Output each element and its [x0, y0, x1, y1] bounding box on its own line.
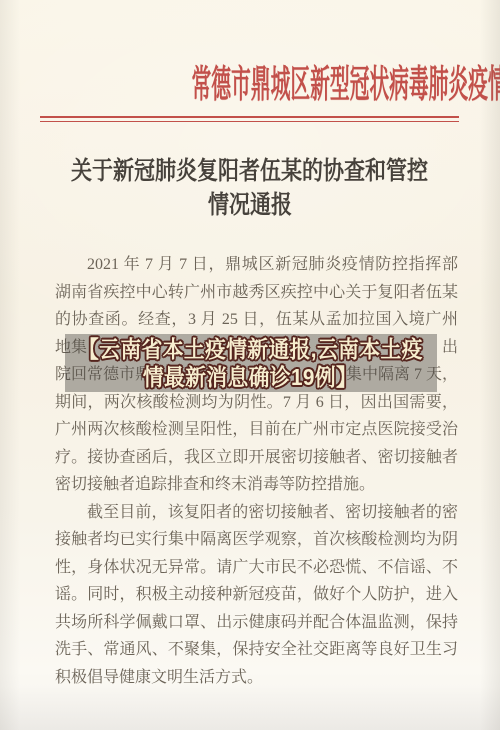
notice-title-line2: 情况通报	[0, 189, 500, 223]
letterhead-title-text: 常德市鼎城区新型冠状病毒肺炎疫情防控指挥部	[192, 62, 500, 108]
body-line: 湖南省疾控中心转广州市越秀区疾控中心关于复阳者伍某	[55, 279, 458, 307]
letterhead-divider	[40, 116, 459, 122]
caption-line1: 【云南省本土疫情新通报,云南本土疫	[0, 336, 500, 364]
body-line: 广州两次核酸检测呈阳性，目前在广州市定点医院接受治	[55, 416, 458, 444]
body-line: 接触者均已实行集中隔离医学观察，首次核酸检测均为阴	[55, 526, 458, 554]
notice-title: 关于新冠肺炎复阳者伍某的协查和管控 情况通报	[0, 155, 500, 223]
document-photo: 常德市鼎城区新型冠状病毒肺炎疫情防控指挥部 关于新冠肺炎复阳者伍某的协查和管控 …	[0, 0, 500, 730]
body-line: 截至目前，该复阳者的密切接触者、密切接触者的密切	[55, 499, 458, 527]
letterhead-title: 常德市鼎城区新型冠状病毒肺炎疫情防控指挥部	[0, 62, 500, 108]
body-line: 密切接触者追踪排查和终末消毒等防控措施。	[55, 471, 458, 499]
body-line: 2021 年 7 月 7 日，鼎城区新冠肺炎疫情防控指挥部收到	[55, 251, 458, 279]
notice-title-line1: 关于新冠肺炎复阳者伍某的协查和管控	[0, 155, 500, 189]
body-line: 期间，两次核酸检测均为阴性。7 月 6 日，因出国需要，在	[55, 389, 458, 417]
body-line: 谣。同时，积极主动接种新冠疫苗，做好个人防护，进入公	[55, 581, 458, 609]
body-line: 洗手、常通风、不聚集，保持安全社交距离等良好卫生习惯，	[55, 636, 458, 664]
body-line: 性，身体状况无异常。请广大市民不必恐慌、不信谣、不传	[55, 554, 458, 582]
body-line: 共场所科学佩戴口罩、出示健康码并配合体温监测，保持勤	[55, 609, 458, 637]
caption-line2: 情最新消息确诊19例】	[0, 364, 500, 392]
notice-body: 2021 年 7 月 7 日，鼎城区新冠肺炎疫情防控指挥部收到 湖南省疾控中心转…	[55, 251, 458, 691]
body-line: 的协查函。经查，3 月 25 日，伍某从孟加拉国入境广州并就	[55, 306, 458, 334]
body-line: 疗。接协查函后，我区立即开展密切接触者、密切接触者的	[55, 444, 458, 472]
body-line: 积极倡导健康文明生活方式。	[55, 664, 458, 692]
caption-overlay-text: 【云南省本土疫情新通报,云南本土疫 情最新消息确诊19例】	[0, 336, 500, 391]
